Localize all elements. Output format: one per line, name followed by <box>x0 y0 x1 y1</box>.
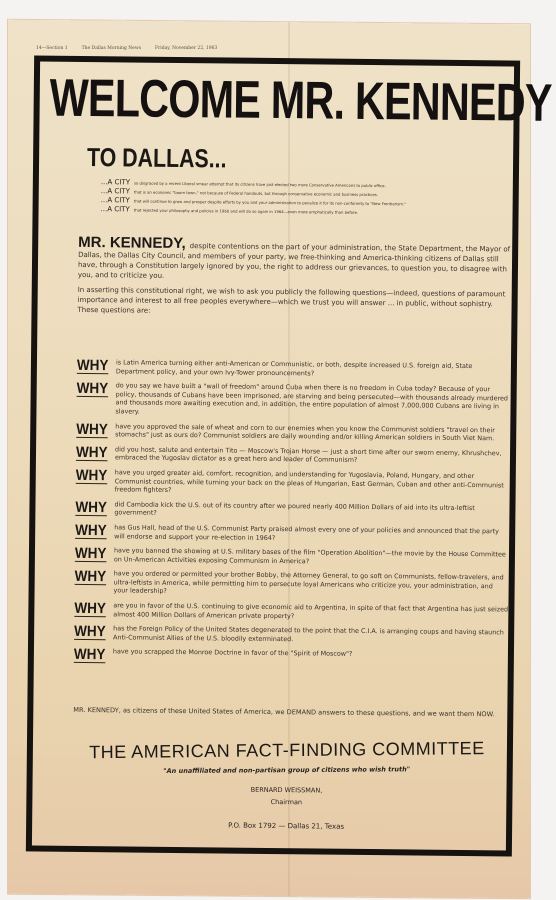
question-text: have you ordered or permitted your broth… <box>114 570 509 600</box>
question-item: WHYhas the Foreign Policy of the United … <box>74 624 508 646</box>
question-item: WHYhave you urged greater aid, comfort, … <box>76 468 510 498</box>
question-text: is Latin America turning either anti-Ame… <box>116 358 511 379</box>
question-item: WHYhave you approved the sale of wheat a… <box>76 421 510 443</box>
issue-date: Friday, November 22, 1963 <box>155 46 217 51</box>
question-text: are you in favor of the U.S. continuing … <box>113 601 508 622</box>
newspaper-name: The Dallas Morning News <box>82 46 141 51</box>
why-label: WHY <box>74 624 106 640</box>
why-label: WHY <box>75 546 107 562</box>
chairman-name: BERNARD WEISSMAN, <box>76 784 496 796</box>
question-item: WHYhas Gus Hall, head of the U.S. Commun… <box>75 523 509 545</box>
organization-name: THE AMERICAN FACT-FINDING COMMITTEE <box>77 738 497 763</box>
question-item: WHYdid Cambodia kick the U.S. out of its… <box>75 500 509 522</box>
question-item: WHYare you in favor of the U.S. continui… <box>74 601 508 623</box>
question-text: did Cambodia kick the U.S. out of its co… <box>114 500 509 521</box>
why-label: WHY <box>76 421 108 437</box>
why-label: WHY <box>76 445 108 461</box>
city-text: that rejected your philosophy and polici… <box>134 208 358 215</box>
question-item: WHYhave you banned the showing at U.S. m… <box>75 546 509 568</box>
question-list: WHYis Latin America turning either anti-… <box>74 358 511 674</box>
why-label: WHY <box>74 601 106 617</box>
question-text: have you scrapped the Monroe Doctrine in… <box>113 648 352 659</box>
intro-lead: MR. KENNEDY, <box>78 234 186 252</box>
why-label: WHY <box>74 647 106 663</box>
question-text: do you say we have built a "wall of free… <box>115 382 510 421</box>
masthead: 14—Section 1 The Dallas Morning News Fri… <box>36 46 276 51</box>
city-lead: ...A CITY <box>101 178 130 186</box>
question-item: WHYis Latin America turning either anti-… <box>77 358 511 380</box>
question-text: have you approved the sale of wheat and … <box>115 422 510 443</box>
city-lead: ...A CITY <box>101 196 130 204</box>
organization-tagline: "An unaffiliated and non-partisan group … <box>77 765 497 776</box>
question-text: did you host, salute and entertain Tito … <box>115 445 510 466</box>
why-label: WHY <box>75 569 107 585</box>
subhead: TO DALLAS... <box>87 142 227 174</box>
closing-demand: MR. KENNEDY, as citizens of these United… <box>73 706 503 720</box>
why-label: WHY <box>75 523 107 539</box>
question-item: WHYhave you scrapped the Monroe Doctrine… <box>74 647 508 668</box>
intro-paragraph-1: MR. KENNEDY,despite contentions on the p… <box>78 238 510 285</box>
question-item: WHYdid you host, salute and entertain Ti… <box>76 445 510 467</box>
headline: WELCOME MR. KENNEDY <box>49 72 416 129</box>
why-label: WHY <box>75 500 107 516</box>
ad-content: WELCOME MR. KENNEDY TO DALLAS... ...A CI… <box>36 58 514 853</box>
page-number: 14—Section 1 <box>36 46 68 51</box>
mailing-address: P.O. Box 1792 — Dallas 21, Texas <box>76 820 496 832</box>
why-label: WHY <box>77 381 109 397</box>
question-item: WHYhave you ordered or permitted your br… <box>75 569 509 599</box>
city-list: ...A CITYso disgraced by a recent Libera… <box>101 178 521 218</box>
intro: MR. KENNEDY,despite contentions on the p… <box>77 238 510 325</box>
question-text: has the Foreign Policy of the United Sta… <box>113 625 508 646</box>
question-text: has Gus Hall, head of the U.S. Communist… <box>114 523 509 544</box>
why-label: WHY <box>77 358 109 374</box>
question-text: have you banned the showing at U.S. mili… <box>114 546 509 567</box>
intro-paragraph-2: In asserting this constitutional right, … <box>77 285 509 320</box>
city-lead: ...A CITY <box>101 205 130 213</box>
city-lead: ...A CITY <box>101 187 130 195</box>
chairman-title: Chairman <box>76 796 496 808</box>
question-item: WHYdo you say we have built a "wall of f… <box>76 381 510 420</box>
why-label: WHY <box>76 468 108 484</box>
question-text: have you urged greater aid, comfort, rec… <box>115 468 510 498</box>
